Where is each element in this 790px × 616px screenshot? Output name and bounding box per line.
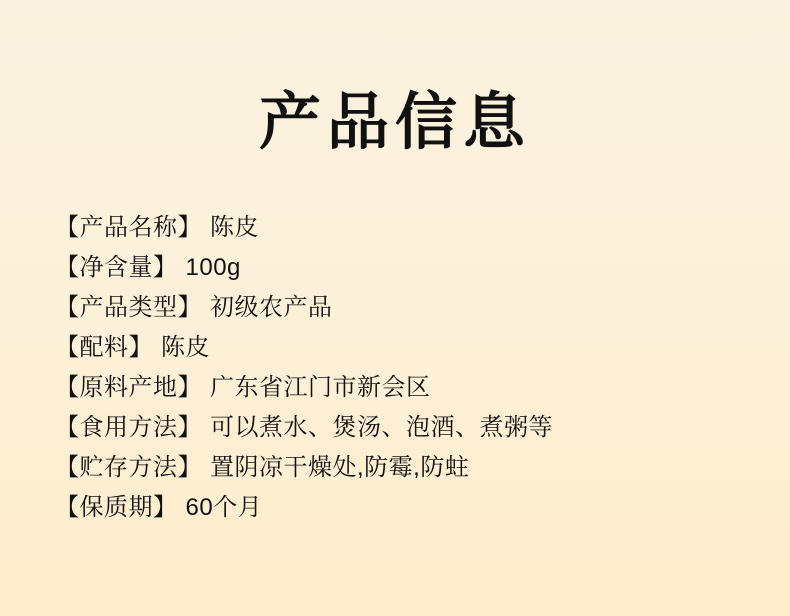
product-info-value: 陈皮 xyxy=(161,334,210,361)
product-info-row-shelf-life: 【保质期】60个月 xyxy=(55,488,750,528)
product-info-value: 置阴凉干燥处,防霉,防蛀 xyxy=(210,454,469,481)
product-info-label: 【食用方法】 xyxy=(55,414,202,441)
product-info-value: 60个月 xyxy=(186,494,263,521)
product-info-value: 陈皮 xyxy=(210,214,259,241)
product-info-label: 【产品类型】 xyxy=(55,294,202,321)
product-info-row-usage: 【食用方法】可以煮水、煲汤、泡酒、煮粥等 xyxy=(55,408,750,448)
product-info-row-name: 【产品名称】陈皮 xyxy=(55,208,750,248)
product-info-label: 【保质期】 xyxy=(55,494,178,521)
product-info-label: 【净含量】 xyxy=(55,254,178,281)
product-info-value: 初级农产品 xyxy=(210,294,333,321)
product-info-value: 100g xyxy=(186,254,241,281)
page-title: 产品信息 xyxy=(0,88,790,158)
product-info-list: 【产品名称】陈皮 【净含量】100g 【产品类型】初级农产品 【配料】陈皮 【原… xyxy=(0,208,790,528)
product-info-row-ingredients: 【配料】陈皮 xyxy=(55,328,750,368)
product-info-label: 【产品名称】 xyxy=(55,214,202,241)
product-info-label: 【原料产地】 xyxy=(55,374,202,401)
product-info-row-net-weight: 【净含量】100g xyxy=(55,248,750,288)
product-info-value: 可以煮水、煲汤、泡酒、煮粥等 xyxy=(210,414,553,441)
product-info-page: 产品信息 【产品名称】陈皮 【净含量】100g 【产品类型】初级农产品 【配料】… xyxy=(0,0,790,616)
product-info-label: 【贮存方法】 xyxy=(55,454,202,481)
product-info-value: 广东省江门市新会区 xyxy=(210,374,431,401)
product-info-row-type: 【产品类型】初级农产品 xyxy=(55,288,750,328)
product-info-row-storage: 【贮存方法】置阴凉干燥处,防霉,防蛀 xyxy=(55,448,750,488)
product-info-label: 【配料】 xyxy=(55,334,153,361)
product-info-row-origin: 【原料产地】广东省江门市新会区 xyxy=(55,368,750,408)
